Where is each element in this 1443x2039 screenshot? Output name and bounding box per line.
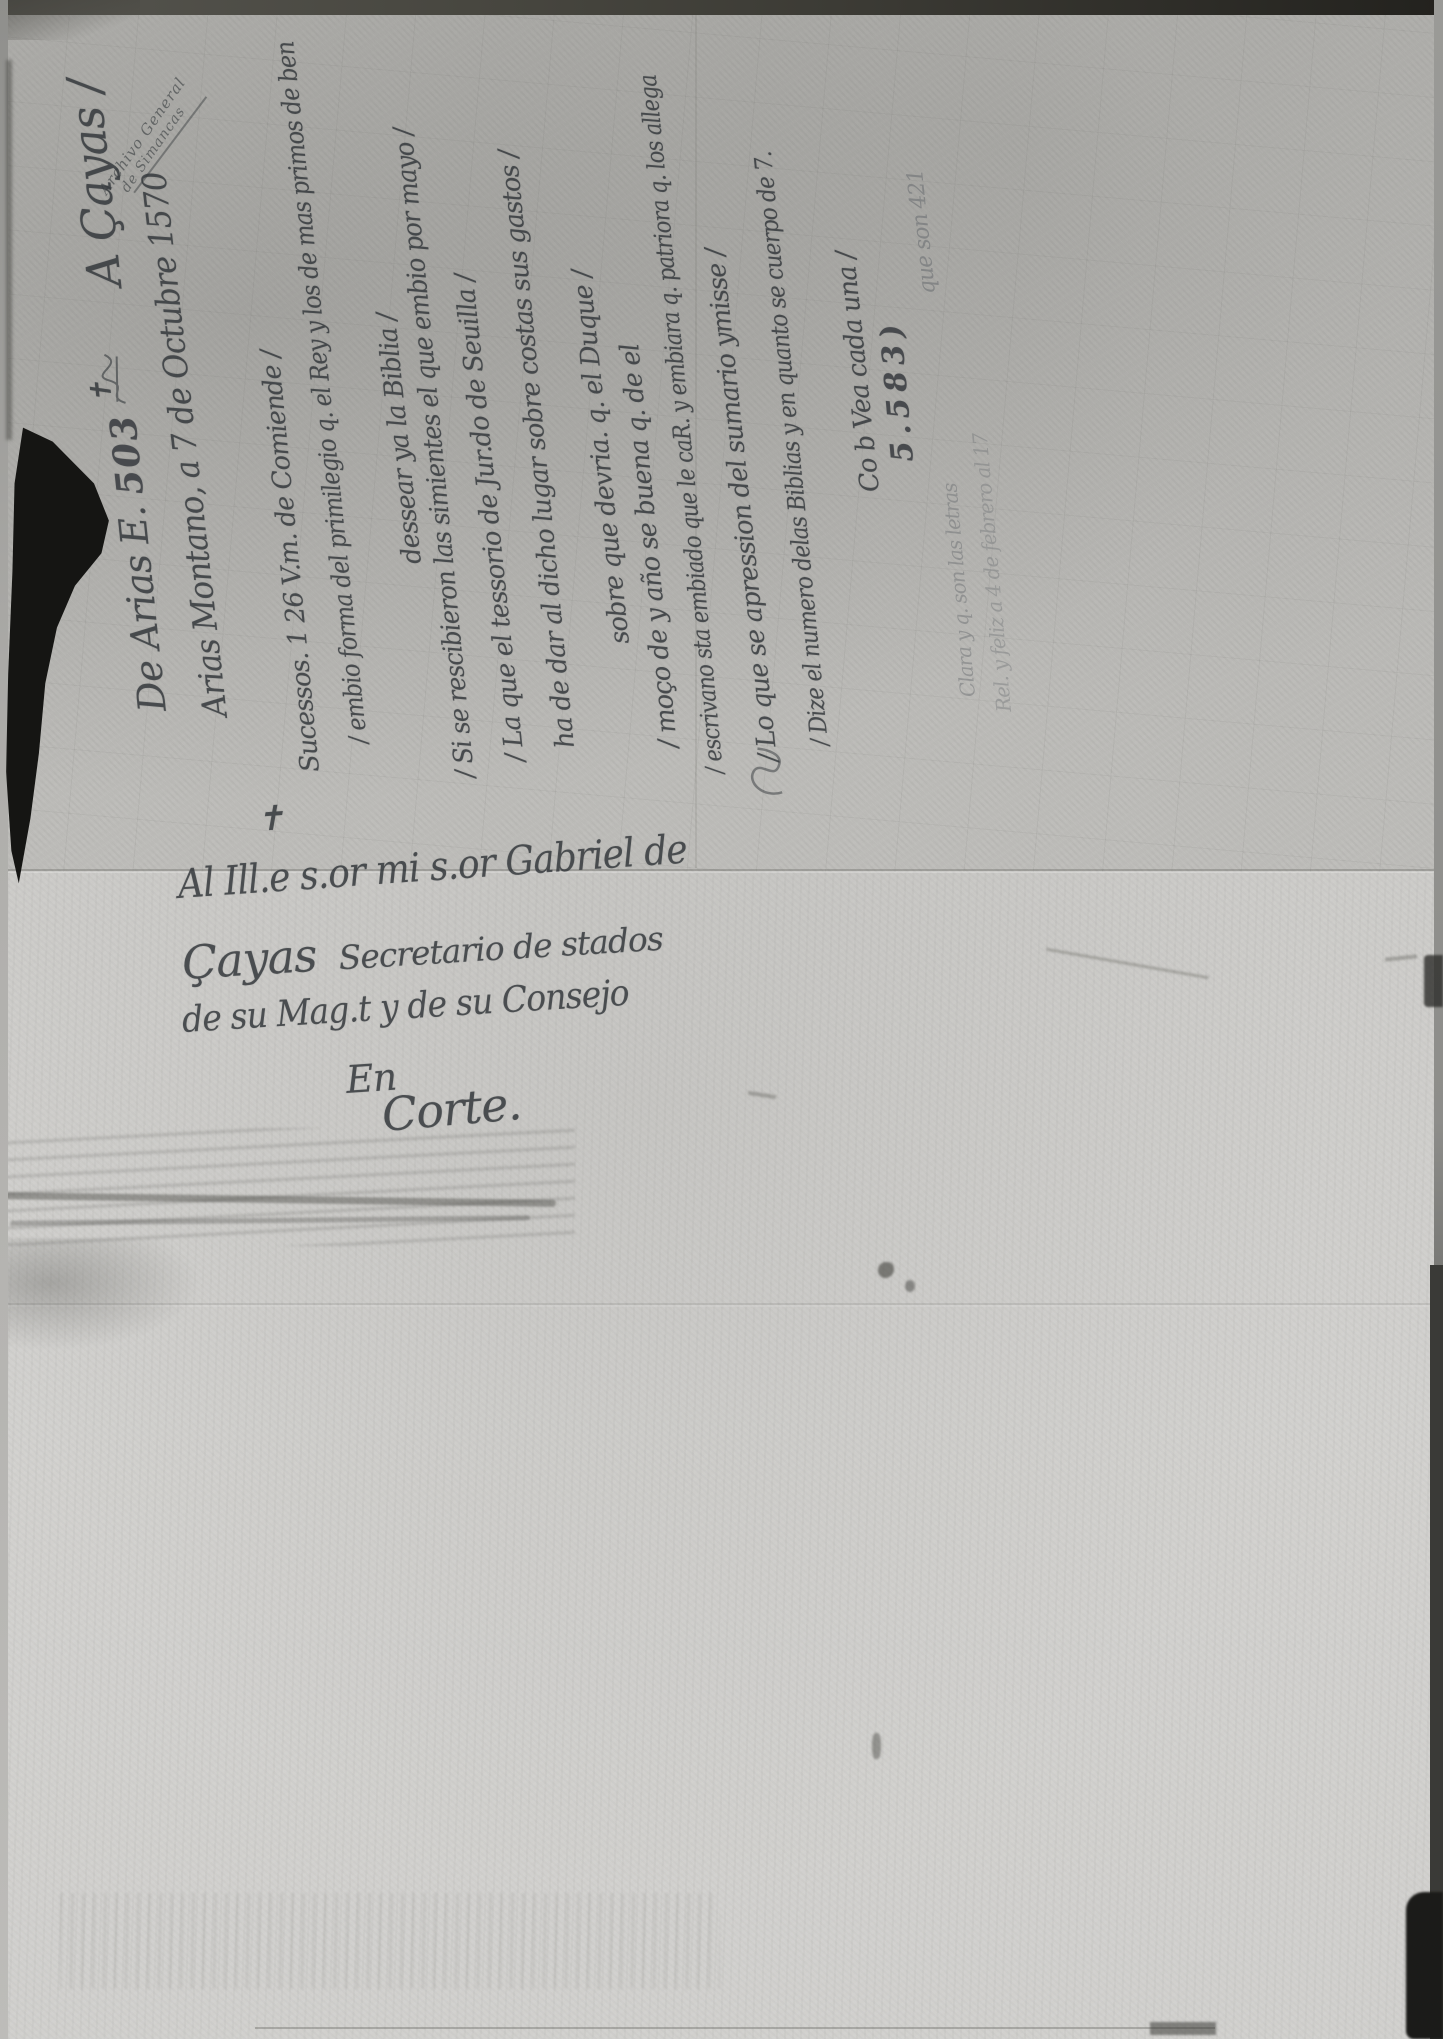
ink-fleck-3 bbox=[872, 1733, 881, 1759]
left-edge-streak bbox=[6, 60, 12, 440]
docket-heading-to: A Çayas / bbox=[57, 77, 133, 290]
docket-number: 503 bbox=[102, 412, 152, 497]
ink-fleck-2 bbox=[905, 1280, 915, 1292]
paraph-flourish-icon bbox=[98, 349, 134, 408]
pencil-note: Clara y q. son las letras bbox=[937, 483, 980, 698]
pencil-note: que son 421 bbox=[903, 168, 941, 295]
bottom-edge-line bbox=[255, 2027, 1215, 2029]
bottom-right-ink-blob bbox=[1406, 1892, 1443, 2039]
right-edge-chip bbox=[1424, 955, 1443, 1007]
top-edge-band bbox=[0, 0, 1443, 15]
heading-gap bbox=[122, 289, 128, 345]
cross-mark: ✝ bbox=[255, 798, 285, 840]
top-left-corner-shadow bbox=[0, 0, 140, 40]
rotated-docket-block: ✝ De Arias E. 503 A Çayas / Arias Montan… bbox=[68, 12, 1148, 792]
docket-heading-from: De Arias E. bbox=[110, 505, 175, 714]
address-recipient-name: Çayas bbox=[180, 928, 318, 990]
scanned-manuscript-page: Archivo General de Simancas ✝ De Arias E… bbox=[0, 0, 1443, 2039]
horizontal-fold-crease-2 bbox=[0, 1303, 1443, 1307]
left-gray-blotch bbox=[0, 1238, 200, 1350]
gray-streak-band bbox=[0, 1128, 575, 1246]
lower-paper-panel bbox=[0, 872, 1443, 2039]
bottom-streaks bbox=[60, 1893, 720, 1989]
bottom-edge-chip bbox=[1150, 2022, 1216, 2035]
rubric-scribble-icon bbox=[737, 743, 792, 803]
